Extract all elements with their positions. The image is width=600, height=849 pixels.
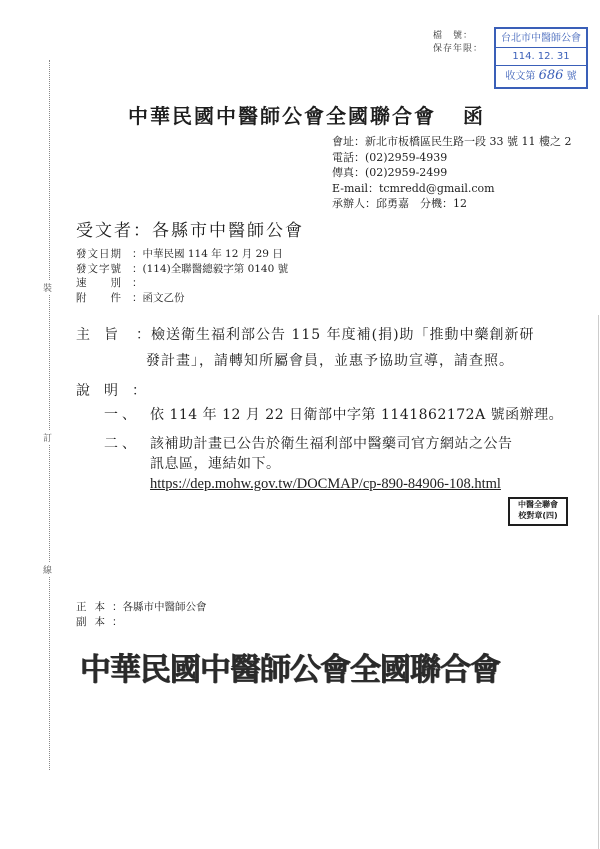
- meta-number-label: 發文字號: [76, 262, 132, 277]
- receipt-stamp-prefix: 收文第: [505, 71, 535, 82]
- meta-attachment-value: ：函文乙份: [132, 292, 185, 304]
- contact-email: E-mail：tcmredd@gmail.com: [332, 181, 571, 197]
- meta-speed-label: 速 別: [76, 276, 132, 291]
- recipient: 受文者：各縣市中醫師公會: [76, 216, 304, 241]
- subject-line-1: ：檢送衛生福利部公告 115 年度補(捐)助「推動中藥創新研: [136, 327, 535, 343]
- meta-date-value: ：中華民國 114 年 12 月 29 日: [132, 248, 283, 260]
- meta-number-value: ：(114)全聯醫總毅字第 0140 號: [132, 263, 288, 275]
- meta-attachment-row: 附 件：函文乙份: [76, 291, 288, 306]
- contact-phone: 電話：(02)2959-4939: [332, 150, 571, 166]
- contact-address: 會址：新北市板橋區民生路一段 33 號 11 樓之 2: [332, 134, 571, 150]
- receipt-stamp-date: 114. 12. 31: [496, 49, 586, 66]
- binding-label-xian: 線: [43, 562, 52, 577]
- meta-speed-value: ：: [132, 277, 143, 289]
- meta-attachment-label: 附 件: [76, 291, 132, 306]
- binding-label-zhuang: 裝: [43, 280, 52, 295]
- explanation-item-2-line-1: 該補助計畫已公告於衛生福利部中醫藥司官方網站之公告: [150, 436, 513, 452]
- meta-speed-row: 速 別：: [76, 276, 288, 291]
- receipt-stamp-number-row: 收文第 686 號: [496, 67, 586, 84]
- meta-date-label: 發文日期: [76, 247, 132, 262]
- contact-handler: 承辦人：邱勇嘉 分機：12: [332, 196, 571, 212]
- scan-edge-line: [598, 315, 599, 849]
- mohw-announcement-link[interactable]: https://dep.mohw.gov.tw/DOCMAP/cp-890-84…: [150, 476, 501, 492]
- explanation-item-1: 一、依 114 年 12 月 22 日衛部中字第 1141862172A 號函辦…: [104, 405, 563, 425]
- original-value: ：各縣市中醫師公會: [112, 601, 207, 613]
- explanation-label: 說明：: [76, 380, 160, 400]
- proofread-stamp-line-1: 中醫全聯會: [510, 500, 566, 511]
- meta-number-row: 發文字號：(114)全聯醫總毅字第 0140 號: [76, 262, 288, 277]
- document-title: 中華民國中醫師公會全國聯合會: [128, 100, 436, 129]
- receipt-stamp-suffix: 號: [567, 71, 577, 82]
- original-label: 正本: [76, 600, 112, 615]
- receipt-stamp: 台北市中醫師公會 114. 12. 31 收文第 686 號: [494, 27, 588, 89]
- binding-label-ding: 訂: [43, 430, 52, 445]
- copy-row: 副本：: [76, 615, 207, 630]
- copy-value: ：: [112, 616, 123, 628]
- document-meta: 發文日期：中華民國 114 年 12 月 29 日 發文字號：(114)全聯醫總…: [76, 247, 288, 305]
- subject-line-2: 發計畫」，請轉知所屬會員，並惠予協助宣導，請查照。: [76, 348, 535, 374]
- explanation-item-1-number: 一、: [104, 405, 150, 425]
- retention-label: 保存年限：: [433, 43, 483, 56]
- proofread-stamp-line-2: 校對章(四): [510, 511, 566, 522]
- organization-seal: 中華民國中醫師公會全國聯合會: [80, 644, 500, 689]
- document-type: 函: [463, 100, 483, 129]
- explanation-item-2: 二、該補助計畫已公告於衛生福利部中醫藥司官方網站之公告 訊息區，連結如下。 ht…: [104, 434, 513, 494]
- explanation-item-2-line-2: 訊息區，連結如下。: [104, 454, 513, 474]
- contact-block: 會址：新北市板橋區民生路一段 33 號 11 樓之 2 電話：(02)2959-…: [332, 134, 571, 212]
- original-row: 正本：各縣市中醫師公會: [76, 600, 207, 615]
- distribution-block: 正本：各縣市中醫師公會 副本：: [76, 600, 207, 630]
- contact-fax: 傳真：(02)2959-2499: [332, 165, 571, 181]
- explanation-item-2-number: 二、: [104, 434, 150, 454]
- filing-fields: 檔 號： 保存年限：: [433, 30, 483, 56]
- subject-section: 主旨：檢送衛生福利部公告 115 年度補(捐)助「推動中藥創新研 發計畫」，請轉…: [76, 322, 535, 374]
- explanation-item-1-text: 依 114 年 12 月 22 日衛部中字第 1141862172A 號函辦理。: [150, 407, 563, 423]
- binding-dotted-line: [49, 60, 50, 770]
- meta-date-row: 發文日期：中華民國 114 年 12 月 29 日: [76, 247, 288, 262]
- file-number-label: 檔 號：: [433, 30, 483, 43]
- receipt-stamp-number: 686: [539, 68, 564, 83]
- subject-label: 主旨: [76, 322, 136, 348]
- proofread-stamp: 中醫全聯會 校對章(四): [508, 497, 568, 526]
- copy-label: 副本: [76, 615, 112, 630]
- receipt-stamp-org: 台北市中醫師公會: [496, 31, 586, 48]
